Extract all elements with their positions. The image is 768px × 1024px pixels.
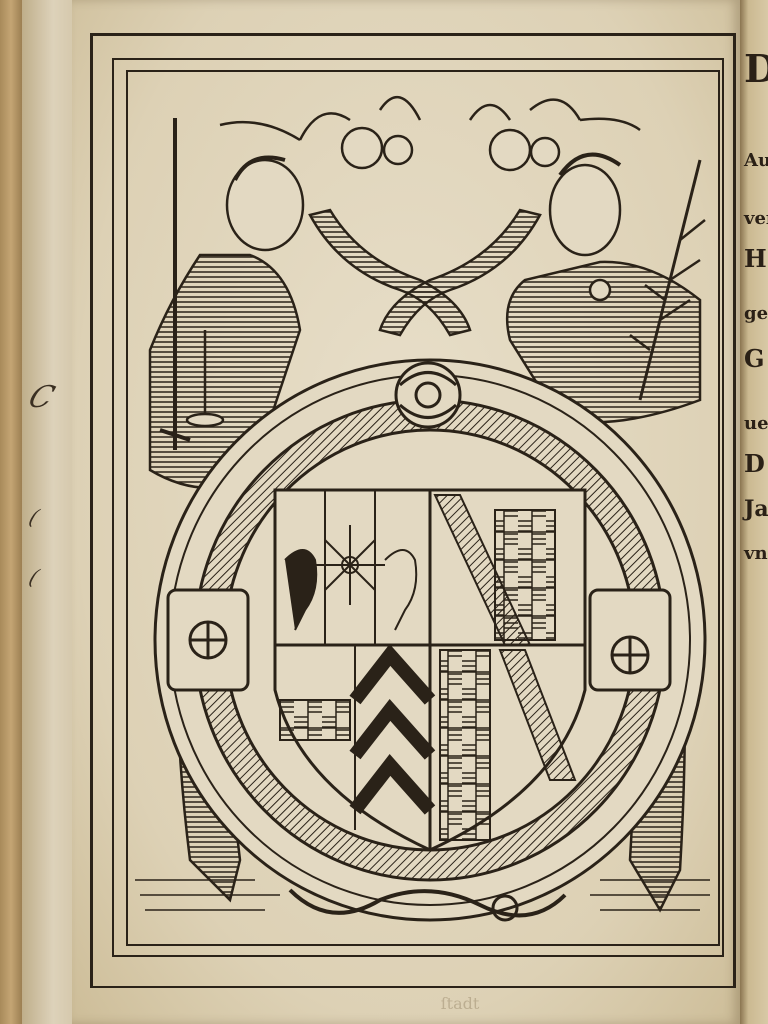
right-page-text: uer — [744, 415, 768, 433]
right-page-text: Ja — [744, 500, 768, 518]
right-page-text: D — [744, 60, 768, 78]
bleed-through-text: ſtadt — [300, 994, 620, 1013]
right-page-text: G — [744, 350, 765, 368]
right-page-text: ger — [744, 305, 768, 323]
right-page-text: H — [744, 250, 767, 268]
right-page-text: vn — [744, 545, 768, 563]
right-page-text: Au — [744, 152, 768, 170]
woodcut-illustration — [0, 0, 768, 1024]
right-page-text: ver — [744, 210, 768, 228]
right-page-text: D — [744, 455, 765, 473]
